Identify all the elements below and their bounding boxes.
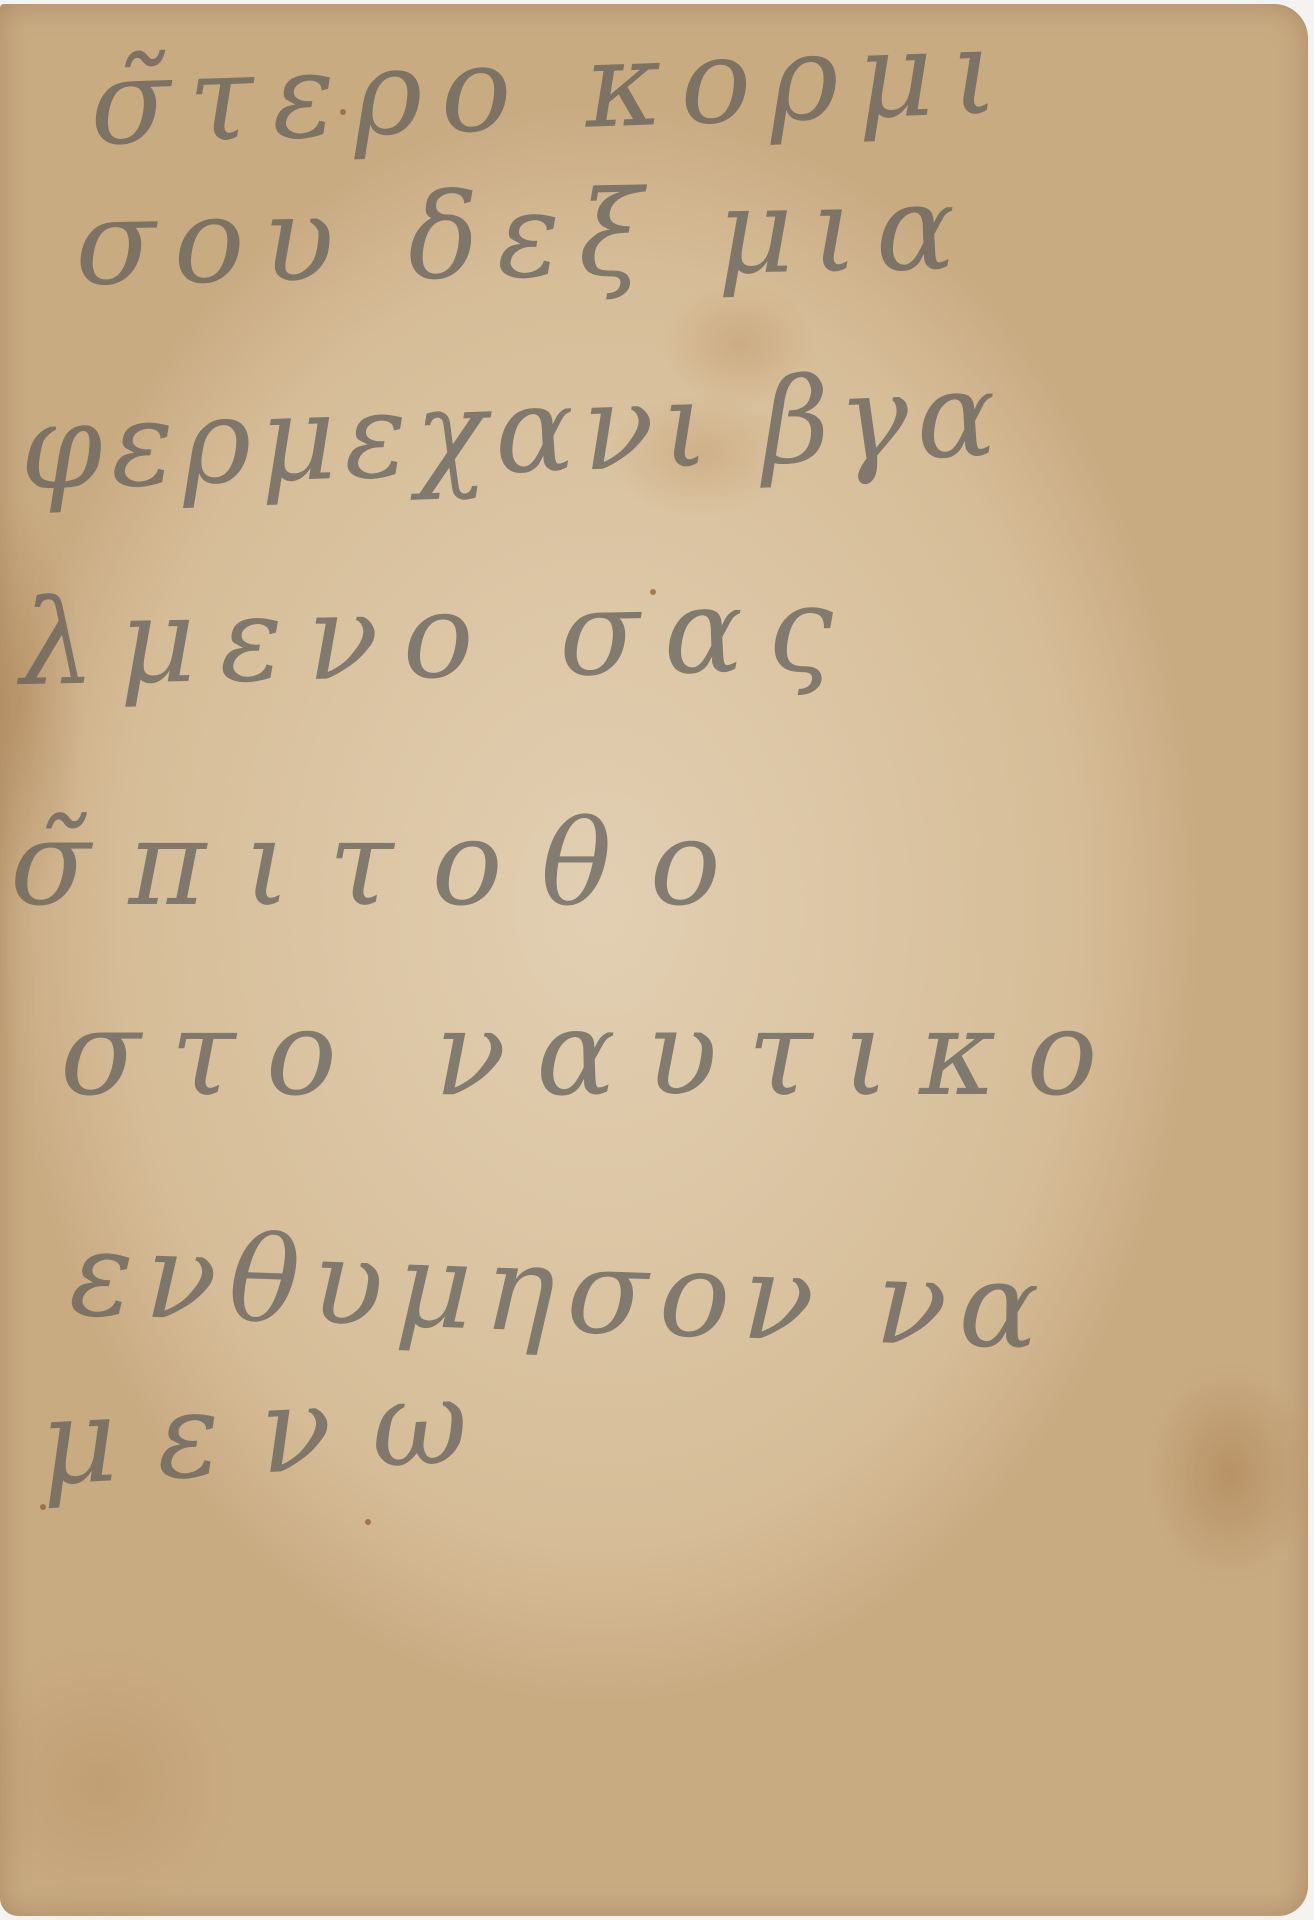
handwritten-line-1: σ̃τερο κορμι xyxy=(88,12,1017,162)
paper-speck xyxy=(650,589,656,595)
handwritten-line-4: λμενο σας xyxy=(19,569,858,702)
handwritten-line-3: φερμεχανι βγα xyxy=(18,355,1006,507)
handwritten-line-6: στο ναυτικο xyxy=(60,994,1128,1112)
paper-speck xyxy=(365,1519,371,1525)
photo-card-back: σ̃τερο κορμι σου δεξ μια φερμεχανι βγα λ… xyxy=(0,4,1308,1916)
paper-speck xyxy=(40,1504,46,1510)
paper-speck xyxy=(340,109,346,115)
handwritten-line-5: σ̃πιτοθο xyxy=(10,804,759,922)
handwritten-line-7: ενθυμησον να xyxy=(68,1214,1053,1366)
handwritten-line-8: μενω xyxy=(37,1360,511,1502)
handwritten-line-2: σου δεξ μια xyxy=(74,168,974,302)
